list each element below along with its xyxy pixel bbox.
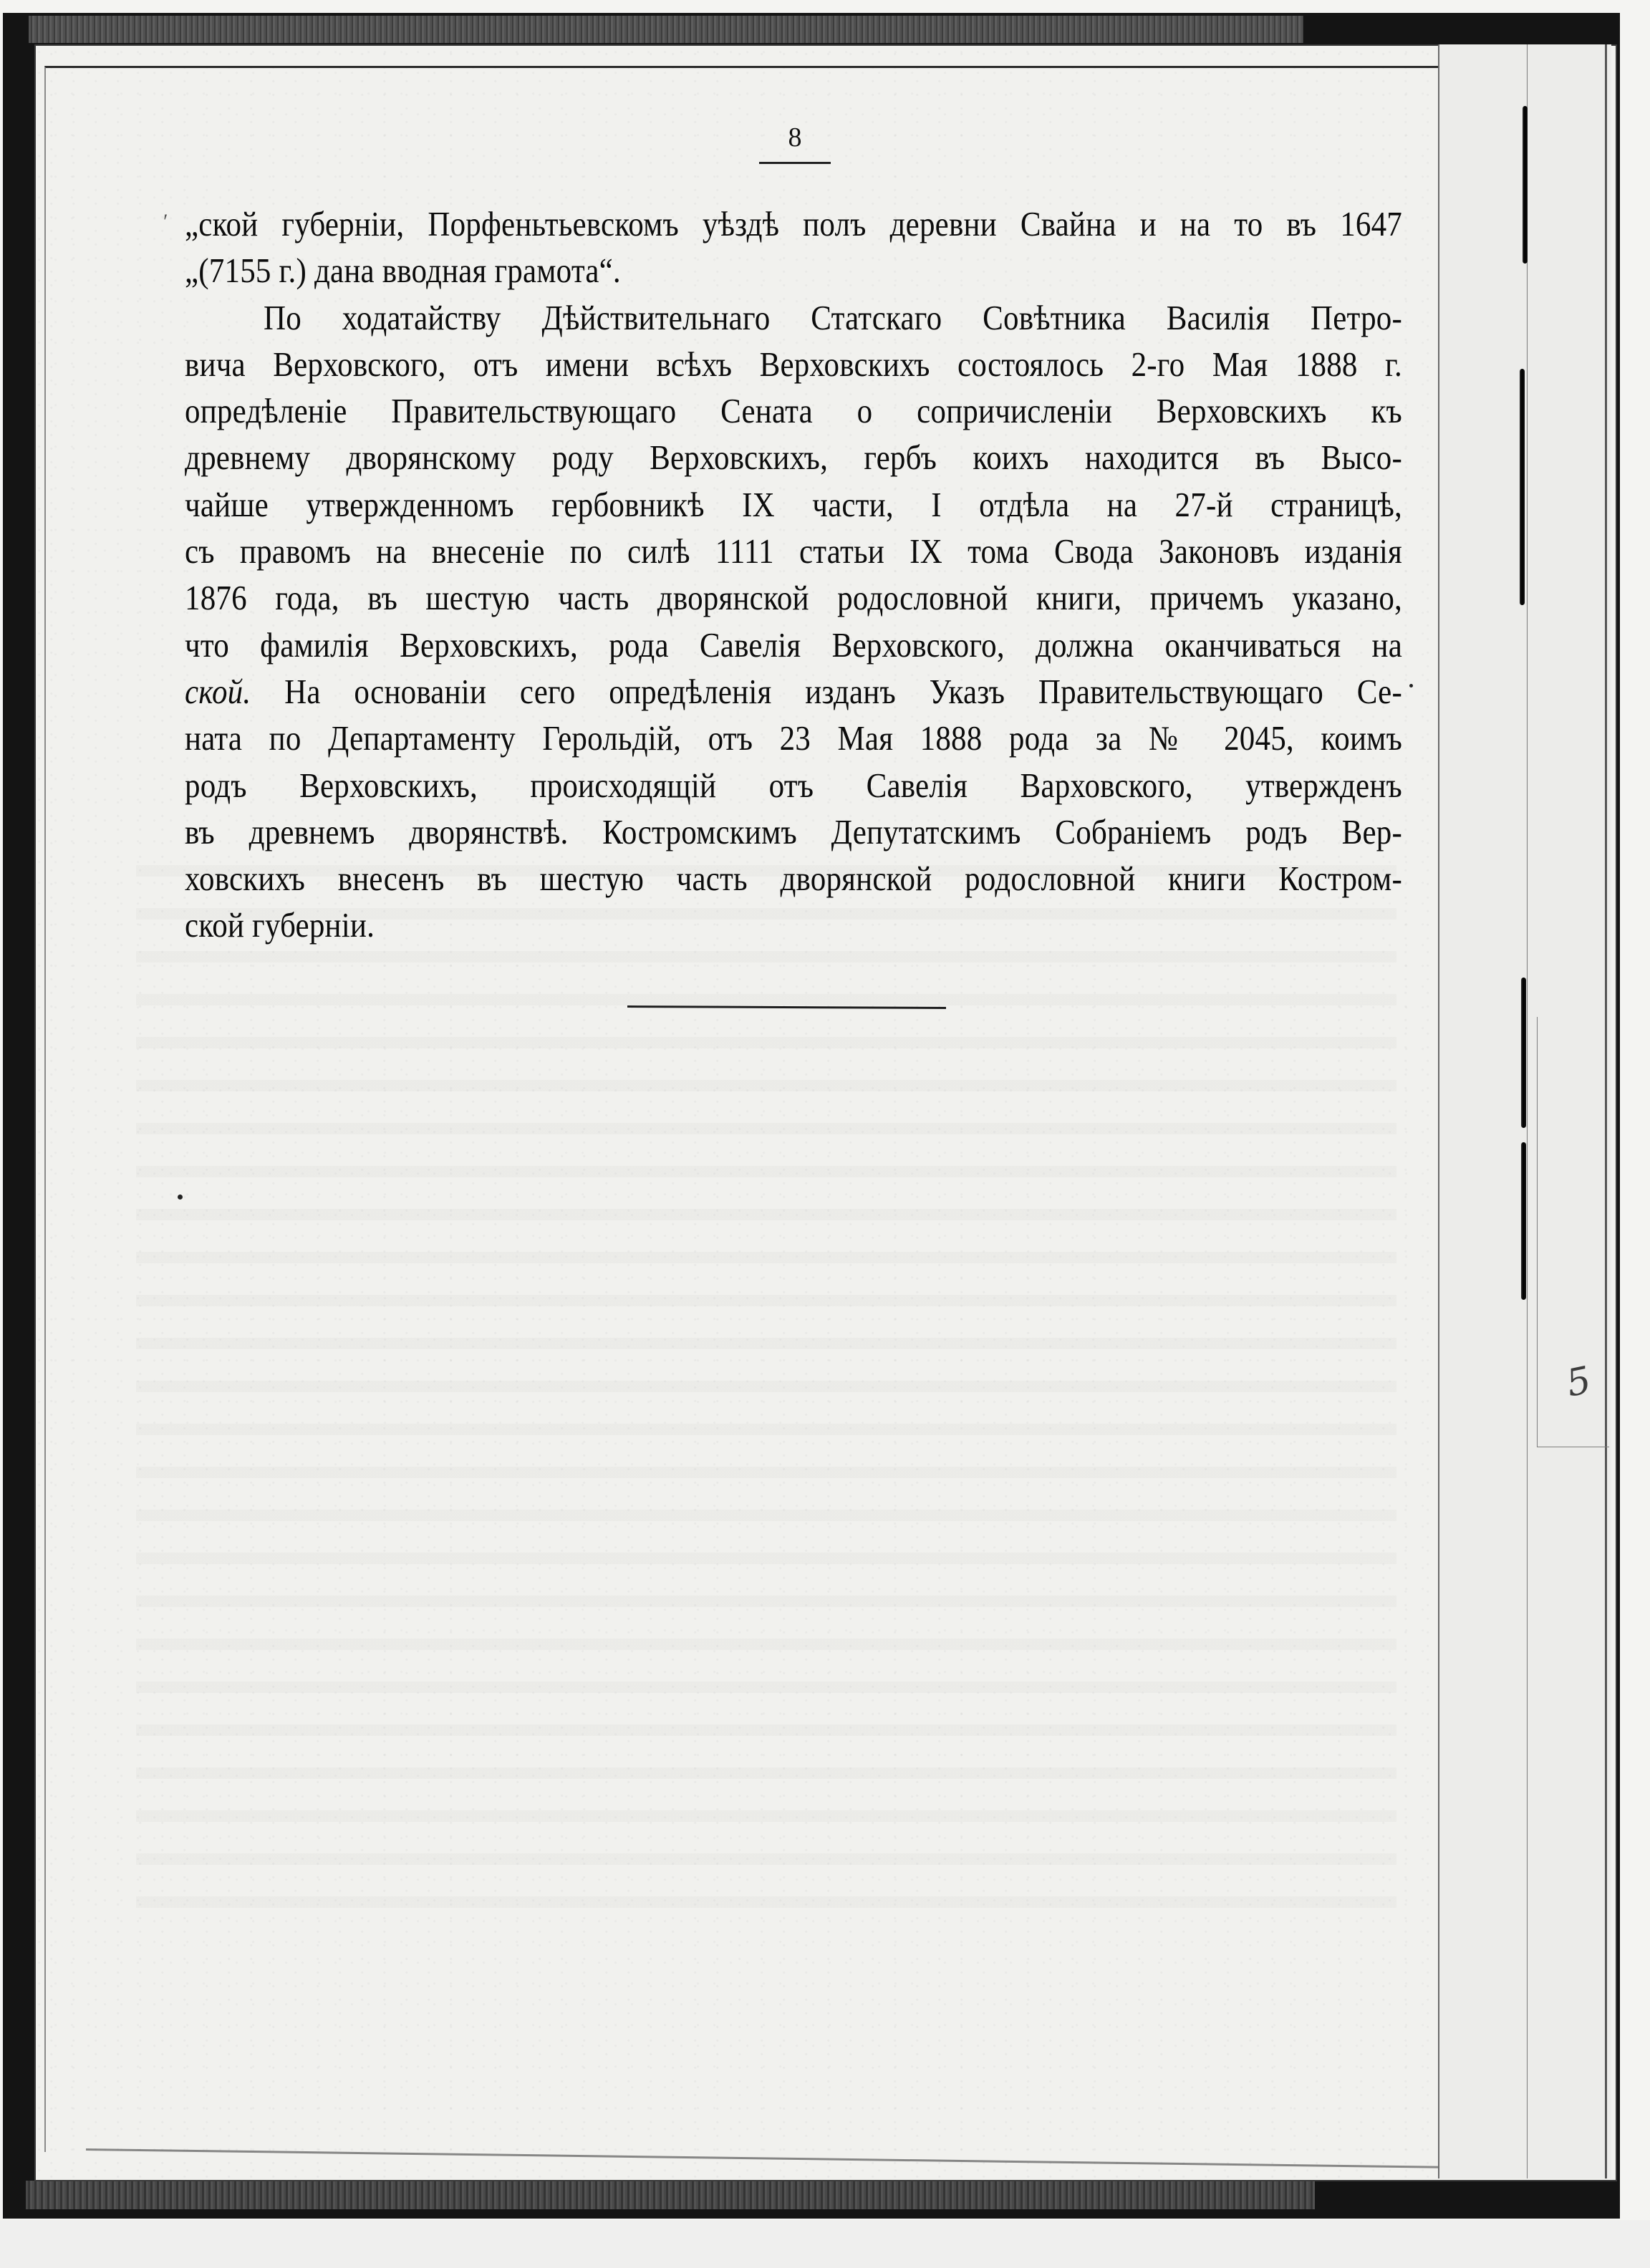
page-number: 8 (781, 122, 809, 153)
text-line: въ древнемъ дворянствѣ. Костромскимъ Деп… (185, 810, 1402, 856)
text-line: опредѣленіе Правительствующаго Сената о … (185, 389, 1402, 435)
text-line-mixed: ской. На основаніи сего опредѣленія изда… (185, 670, 1402, 716)
binding-stitch (1521, 1142, 1526, 1300)
quote-mark-stray: ′ (163, 210, 168, 234)
paper-speck (178, 1195, 183, 1200)
text-line: родъ Верховскихъ, происходящій отъ Савел… (185, 763, 1402, 810)
text-line: ната по Департаменту Герольдій, отъ 23 М… (185, 716, 1402, 763)
scan-margin-bottom (0, 2220, 1650, 2268)
text-line: съ правомъ на внесеніе по силѣ 1111 стат… (185, 529, 1402, 576)
text-line: „ской губерніи, Порфеньтьевскомъ уѣздѣ п… (185, 202, 1402, 248)
text-line: древнему дворянскому роду Верховскихъ, г… (185, 435, 1402, 482)
body-text: „ской губерніи, Порфеньтьевскомъ уѣздѣ п… (185, 202, 1402, 950)
text-line: По ходатайству Дѣйствительнаго Статскаго… (185, 296, 1402, 342)
binding-stitch (1520, 369, 1525, 605)
paper-speck (1409, 684, 1413, 687)
binding-inner-edge (1527, 44, 1528, 2178)
text-line: чайше утвержденномъ гербовникѣ IX части,… (185, 483, 1402, 529)
text-line: ской губерніи. (185, 903, 1402, 950)
text-line: 1876 года, въ шестую часть дворянской ро… (185, 576, 1402, 622)
text-line: ховскихъ внесенъ въ шестую часть дворянс… (185, 856, 1402, 903)
binding-stitch (1523, 106, 1528, 264)
page-number-underline (759, 162, 831, 164)
scan-edge-top (29, 16, 1303, 43)
scan-edge-bottom (26, 2181, 1315, 2209)
text-run: На основаніи сего опредѣленія изданъ Ука… (251, 674, 1402, 712)
paragraph-senate-decision: По ходатайству Дѣйствительнаго Статскаго… (185, 296, 1402, 950)
text-line: вича Верховского, отъ имени всѣхъ Верхов… (185, 342, 1402, 389)
paragraph-quote-end: „ской губерніи, Порфеньтьевскомъ уѣздѣ п… (185, 202, 1402, 296)
text-line: что фамилія Верховскихъ, рода Савелія Ве… (185, 623, 1402, 670)
binding-stitch (1521, 978, 1526, 1128)
text-line: „(7155 г.) дана вводная грамота“. (185, 248, 1402, 295)
italic-suffix: ской. (185, 674, 251, 712)
